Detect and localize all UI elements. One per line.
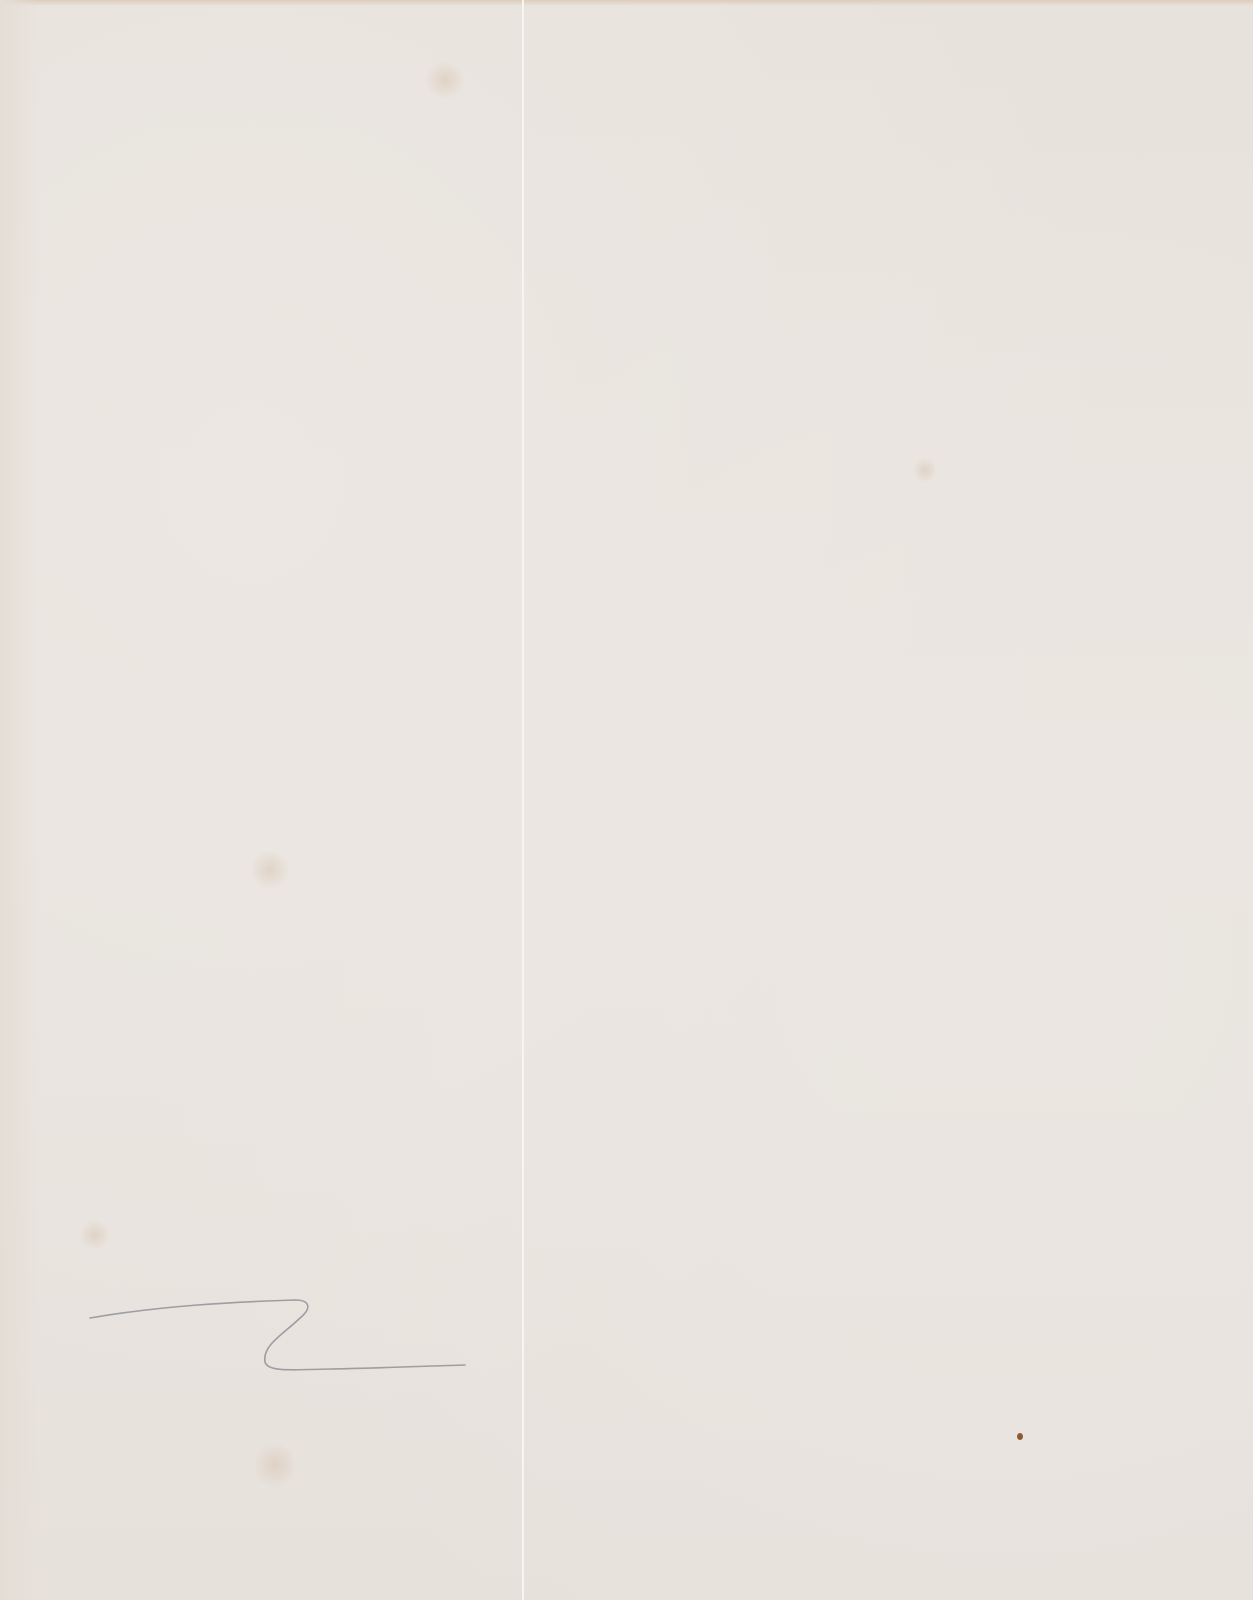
paper-sheet: [0, 0, 1253, 1600]
pencil-squiggle: [0, 0, 1253, 1600]
